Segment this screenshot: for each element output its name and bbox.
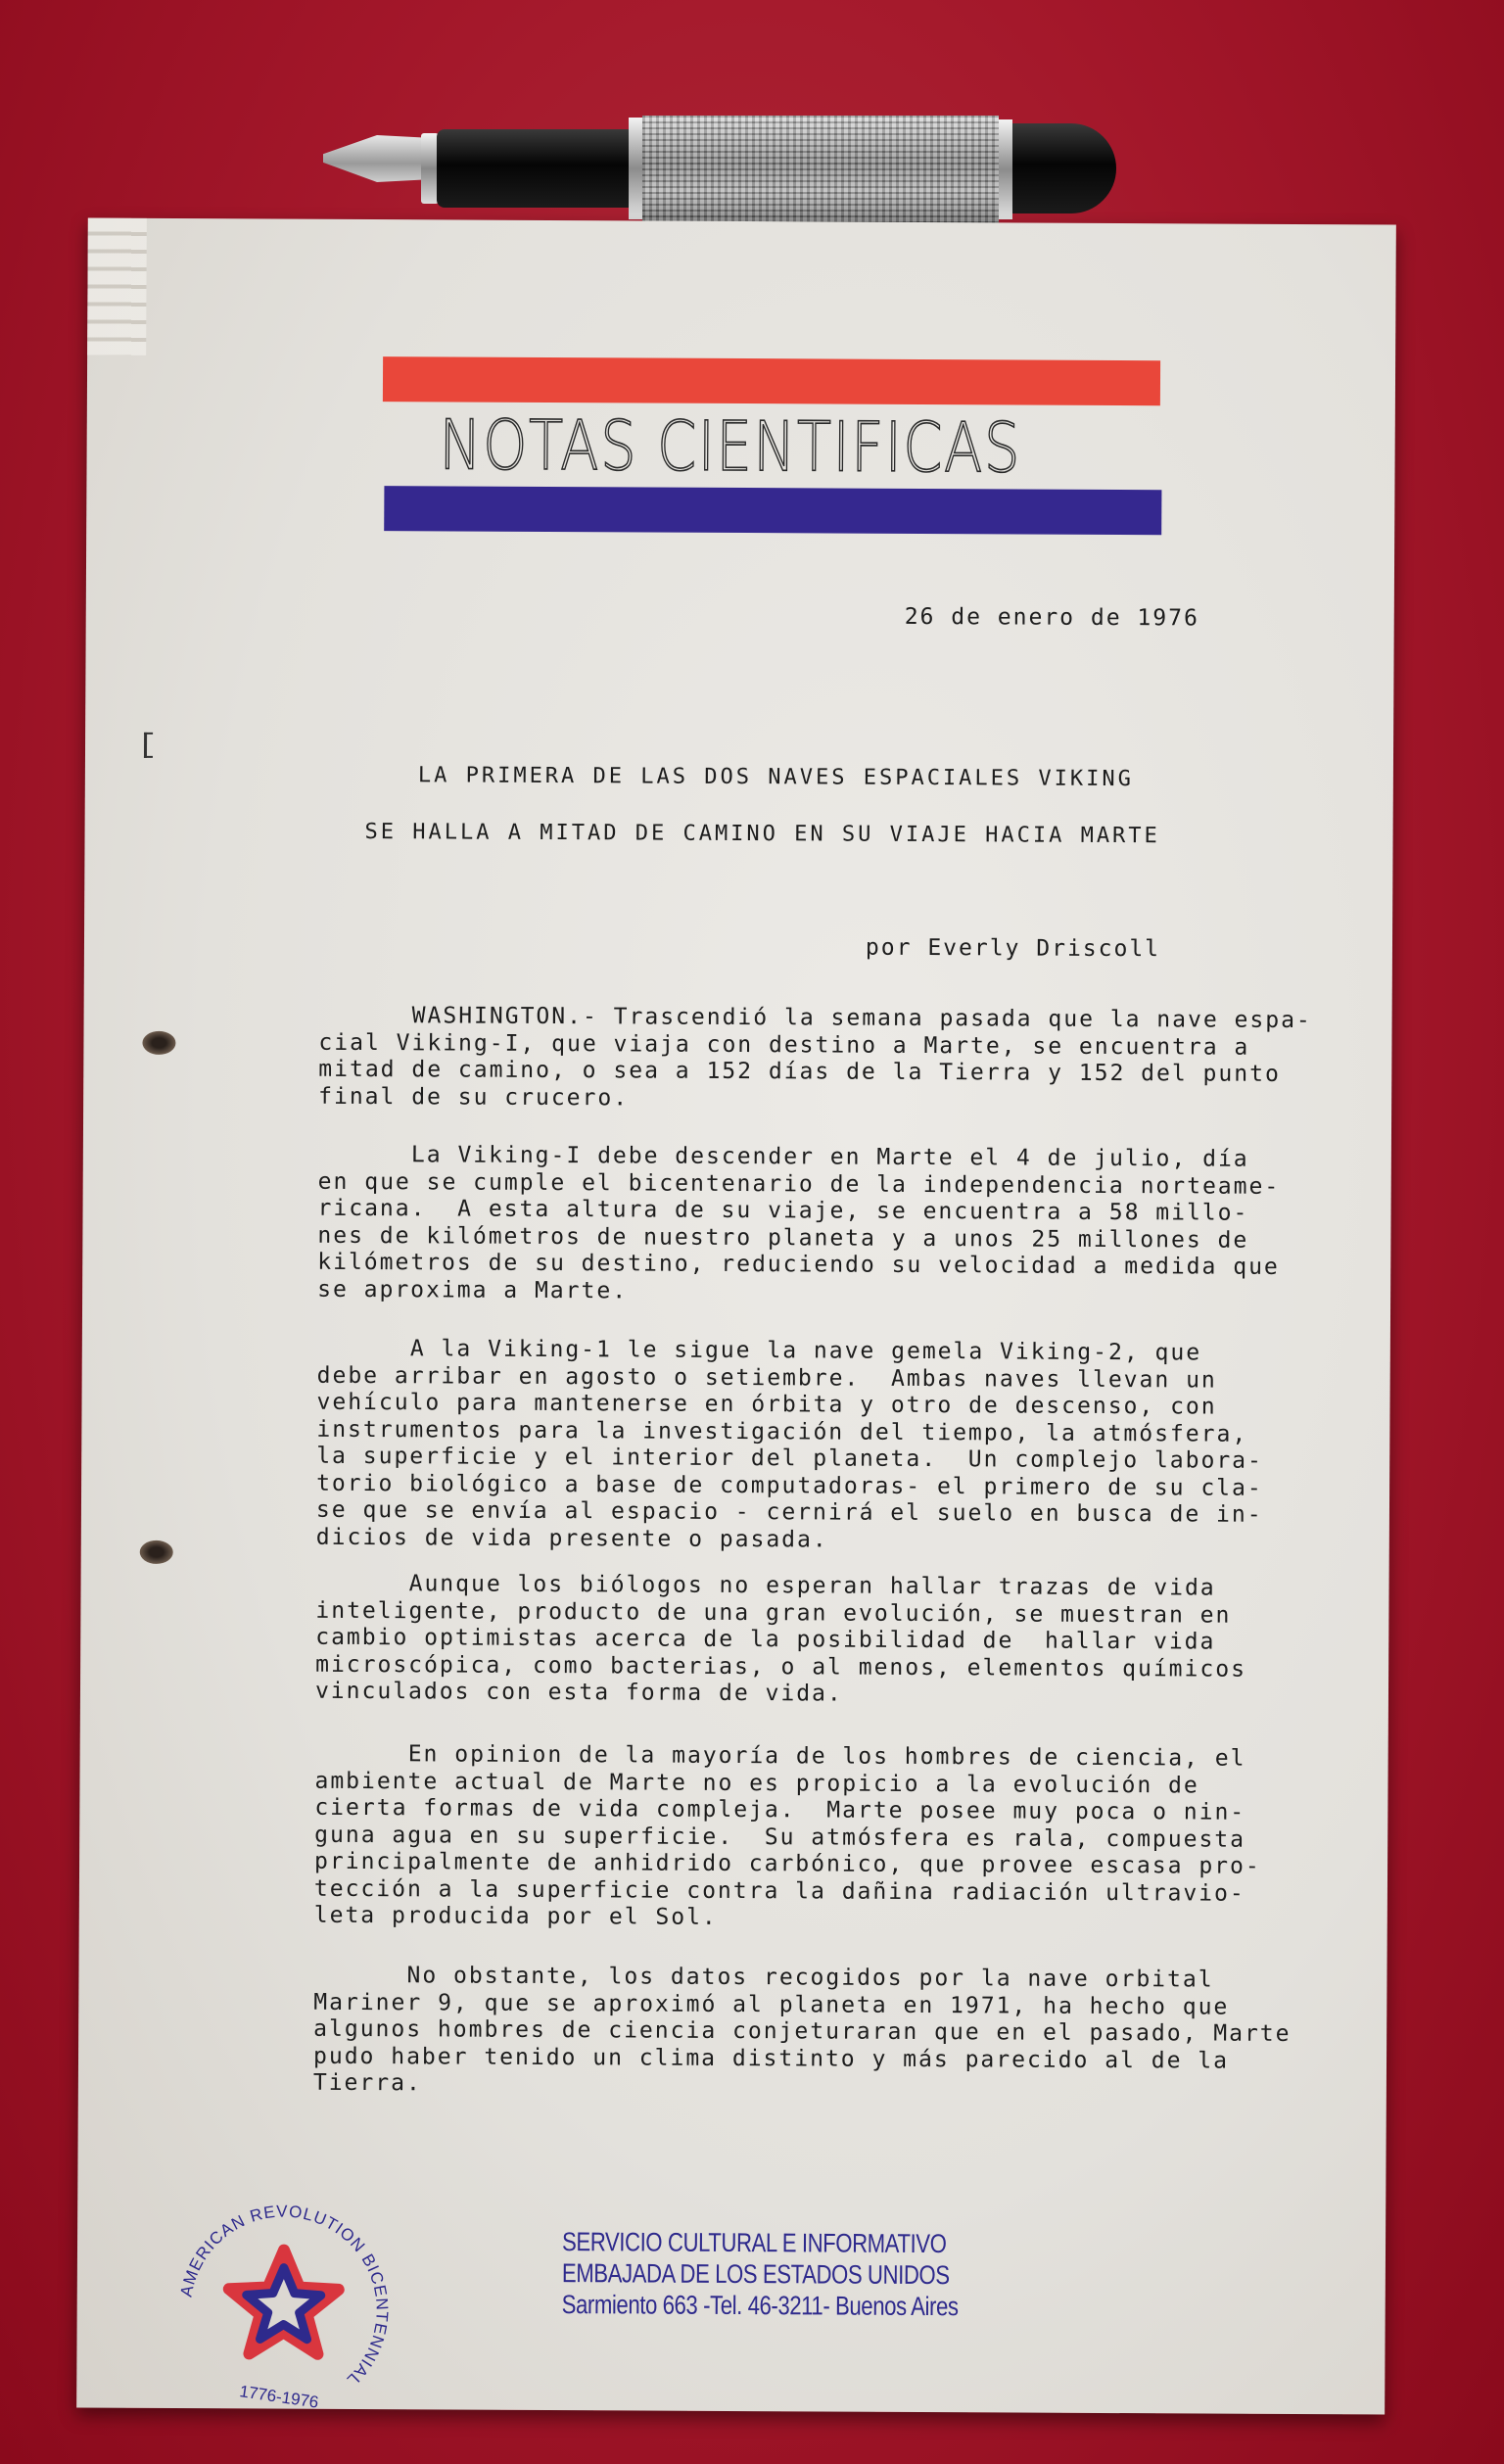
paragraph: Aunque los biólogos no esperan hallar tr… (315, 1571, 1374, 1711)
torn-binding-edge (87, 218, 147, 355)
paragraph: No obstante, los datos recogidos por la … (313, 1963, 1372, 2103)
headline-line-2: SE HALLA A MITAD DE CAMINO EN SU VIAJE H… (365, 819, 1160, 850)
bicentennial-star-logo-icon: AMERICAN REVOLUTION BICENTENNIAL 1776-19… (170, 2197, 397, 2423)
fountain-pen (323, 106, 1116, 202)
byline: por Everly Driscoll (866, 935, 1160, 964)
footer-line-2: EMBAJADA DE LOS ESTADOS UNIDOS (562, 2257, 959, 2291)
paragraph: WASHINGTON.- Trascendió la semana pasada… (318, 1003, 1377, 1116)
logo-years: 1776-1976 (238, 2382, 319, 2412)
footer-line-1: SERVICIO CULTURAL E INFORMATIVO (562, 2226, 959, 2259)
document-date: 26 de enero de 1976 (905, 604, 1199, 633)
paragraph: A la Viking-1 le sigue la nave gemela Vi… (316, 1336, 1375, 1557)
masthead-blue-stripe (384, 486, 1161, 535)
staple-mark (144, 733, 153, 758)
punch-hole (142, 1031, 175, 1055)
pen-barrel (642, 116, 999, 223)
document-page: NOTAS CIENTIFICAS 26 de enero de 1976 LA… (76, 218, 1396, 2415)
headline-line-1: LA PRIMERA DE LAS DOS NAVES ESPACIALES V… (418, 762, 1134, 792)
masthead-title: NOTAS CIENTIFICAS (439, 403, 1050, 489)
pen-ring (999, 119, 1012, 219)
logo-ring-text: AMERICAN REVOLUTION BICENTENNIAL (176, 2202, 392, 2391)
pen-grip (437, 129, 633, 208)
svg-text:AMERICAN REVOLUTION BICENTENNI: AMERICAN REVOLUTION BICENTENNIAL (176, 2202, 392, 2391)
pen-cap (1012, 123, 1116, 213)
masthead-red-stripe (383, 356, 1160, 405)
paragraph: En opinion de la mayoría de los hombres … (314, 1741, 1373, 1935)
pen-ring (629, 118, 642, 219)
paragraph: La Viking-I debe descender en Marte el 4… (317, 1142, 1376, 1309)
footer-address: SERVICIO CULTURAL E INFORMATIVO EMBAJADA… (562, 2226, 959, 2322)
footer-line-3: Sarmiento 663 -Tel. 46-3211- Buenos Aire… (562, 2289, 959, 2322)
punch-hole (140, 1540, 173, 1564)
pen-nib (323, 135, 421, 182)
